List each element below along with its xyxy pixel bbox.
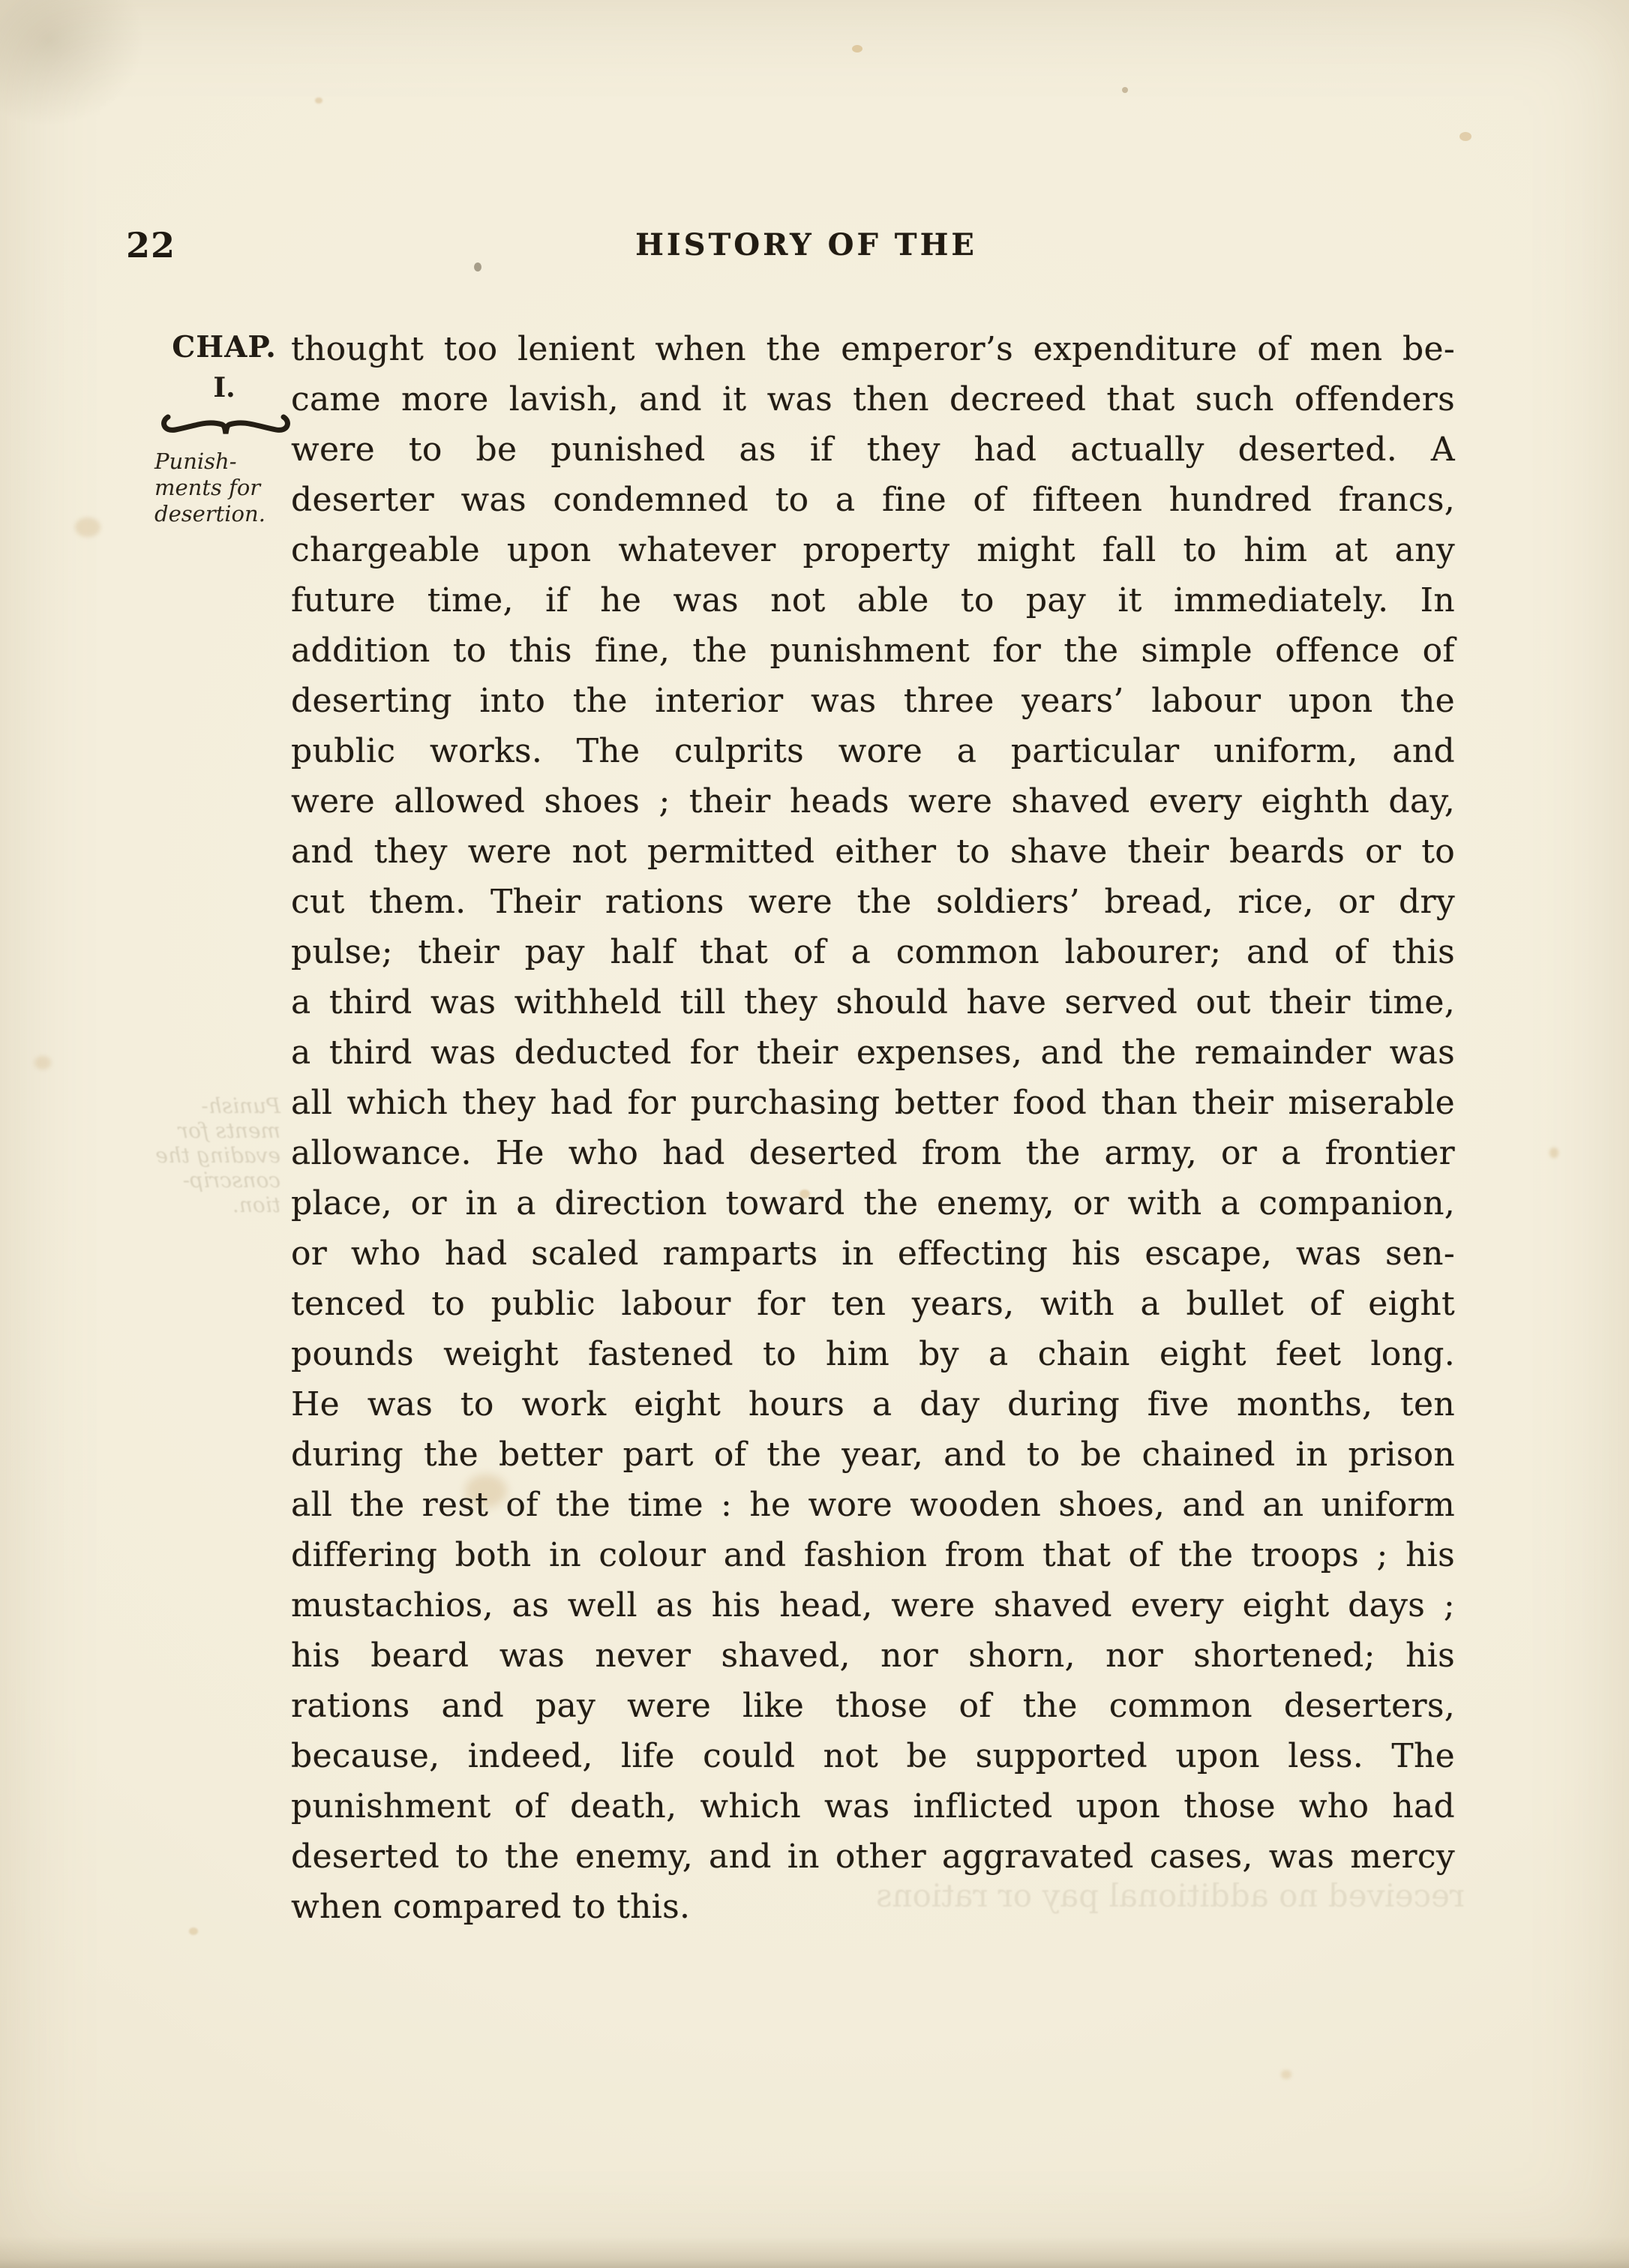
paper-stain — [1459, 132, 1471, 141]
margin-note: Punish- ments for desertion. — [154, 448, 297, 527]
paper-stain — [189, 1927, 198, 1935]
body-line: a third was withheld till they should ha… — [291, 977, 1455, 1027]
page-bottom-edge — [0, 2236, 1629, 2268]
ghost-margin-note-line: conscrip- — [147, 1168, 280, 1192]
body-line: allowance. He who had deserted from the … — [291, 1128, 1455, 1178]
body-line: were to be punished as if they had actua… — [291, 424, 1455, 475]
ghost-margin-note-line: ments for — [147, 1118, 280, 1143]
body-line: or who had scaled ramparts in effecting … — [291, 1228, 1455, 1279]
body-line: his beard was never shaved, nor shorn, n… — [291, 1630, 1455, 1681]
body-line: came more lavish, and it was then decree… — [291, 374, 1455, 424]
body-line: future time, if he was not able to pay i… — [291, 575, 1455, 625]
paper-stain — [34, 1056, 51, 1069]
page-corner-shading — [0, 0, 270, 240]
margin-note-line: desertion. — [154, 501, 297, 527]
ghost-margin-note: Punish- ments for evading the conscrip- … — [147, 1093, 280, 1217]
body-line: punishment of death, which was inflicted… — [291, 1781, 1455, 1831]
body-line: place, or in a direction toward the enem… — [291, 1178, 1455, 1228]
body-line: because, indeed, life could not be suppo… — [291, 1731, 1455, 1781]
paper-stain — [1549, 1147, 1558, 1158]
body-line: pulse; their pay half that of a common l… — [291, 927, 1455, 977]
body-line: cut them. Their rations were the soldier… — [291, 877, 1455, 927]
body-line: deserter was condemned to a fine of fift… — [291, 475, 1455, 525]
brace-ornament-icon — [159, 405, 292, 447]
running-head: HISTORY OF THE — [0, 227, 1612, 262]
margin-note-line: ments for — [154, 475, 297, 501]
ghost-bottom-line: received no additional pay or rations — [522, 1873, 1465, 1918]
body-line: thought too lenient when the emperor’s e… — [291, 324, 1455, 374]
body-text: thought too lenient when the emperor’s e… — [291, 324, 1455, 1932]
body-line: and they were not permitted either to sh… — [291, 826, 1455, 877]
paper-stain — [852, 45, 862, 52]
chapter-numeral: I. — [160, 372, 288, 403]
chapter-label: CHAP. — [160, 330, 288, 364]
body-line: mustachios, as well as his head, were sh… — [291, 1580, 1455, 1630]
body-line: tenced to public labour for ten years, w… — [291, 1279, 1455, 1329]
paper-stain — [1281, 2070, 1291, 2079]
book-page: 22 HISTORY OF THE CHAP. I. Punish- ments… — [0, 0, 1629, 2268]
body-line: all which they had for purchasing better… — [291, 1078, 1455, 1128]
body-line: He was to work eight hours a day during … — [291, 1379, 1455, 1429]
paper-stain — [1122, 87, 1128, 93]
ghost-margin-note-line: tion. — [147, 1192, 280, 1217]
body-line: pounds weight fastened to him by a chain… — [291, 1329, 1455, 1379]
body-line: differing both in colour and fashion fro… — [291, 1530, 1455, 1580]
body-line: addition to this fine, the punishment fo… — [291, 625, 1455, 676]
body-line: chargeable upon whatever property might … — [291, 525, 1455, 575]
paper-stain — [315, 97, 322, 103]
body-line: a third was deducted for their expenses,… — [291, 1027, 1455, 1078]
ghost-margin-note-line: Punish- — [147, 1093, 280, 1118]
body-line: all the rest of the time : he wore woode… — [291, 1480, 1455, 1530]
body-line: during the better part of the year, and … — [291, 1429, 1455, 1480]
body-line: were allowed shoes ; their heads were sh… — [291, 776, 1455, 826]
paper-stain — [75, 517, 100, 537]
body-line: rations and pay were like those of the c… — [291, 1681, 1455, 1731]
ghost-margin-note-line: evading the — [147, 1143, 280, 1168]
paper-stain — [474, 262, 481, 271]
body-line: deserting into the interior was three ye… — [291, 676, 1455, 726]
margin-note-line: Punish- — [154, 448, 297, 475]
body-line: public works. The culprits wore a partic… — [291, 726, 1455, 776]
